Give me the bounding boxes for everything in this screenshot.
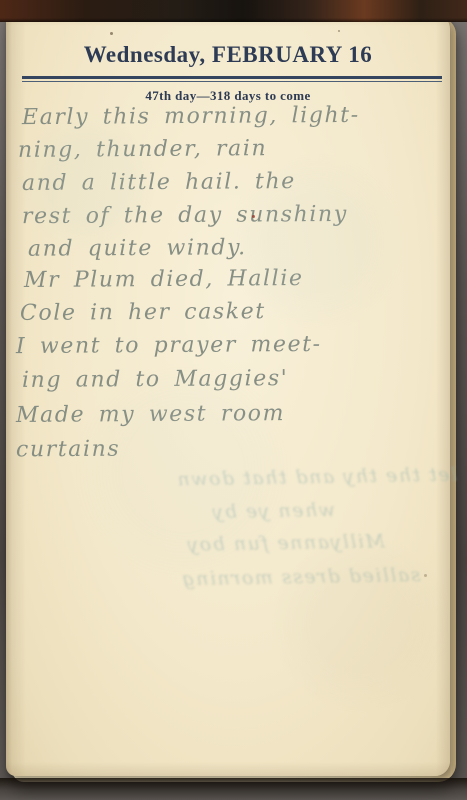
diary-entry-line: curtains — [16, 437, 120, 463]
diary-entry-line: I went to prayer meet- — [16, 332, 322, 359]
bleed-through-line: when ye by — [211, 499, 335, 523]
rule-line-thick — [22, 76, 442, 79]
diary-entry-line: ning, thunder, rain — [18, 136, 267, 163]
diary-page: Wednesday, FEBRUARY 16 47th day—318 days… — [6, 14, 450, 776]
bleed-through-line: Millyanne fun boy — [186, 530, 385, 555]
book-shadow — [0, 778, 467, 800]
book-binding-edge — [0, 0, 467, 22]
paper-speck — [424, 574, 427, 577]
page-title: Wednesday, FEBRUARY 16 — [6, 42, 450, 68]
bleed-through-line: let the thy and that down — [176, 464, 457, 491]
double-rule — [22, 76, 442, 82]
paper-speck — [338, 30, 340, 32]
paper-speck — [110, 32, 113, 35]
diary-entry-line: Early this morning, light- — [22, 103, 360, 130]
diary-entry-line: Mr Plum died, Hallie — [24, 266, 304, 293]
diary-entry-line: Cole in her casket — [20, 299, 266, 326]
diary-entry-line: and quite windy. — [28, 235, 247, 262]
rule-line-thin — [22, 81, 442, 82]
day-count: 47th day—318 days to come — [6, 88, 450, 104]
bleed-through-line: sallied dress morning — [181, 564, 421, 590]
diary-entry-line: Made my west room — [16, 401, 285, 428]
scanned-diary-photo: Wednesday, FEBRUARY 16 47th day—318 days… — [0, 0, 467, 800]
diary-entry-line: rest of the day sunshiny — [22, 202, 348, 229]
diary-entry-line: ing and to Maggies' — [22, 366, 288, 393]
paper-speck — [252, 215, 255, 218]
diary-entry-line: and a little hail. the — [22, 169, 296, 196]
